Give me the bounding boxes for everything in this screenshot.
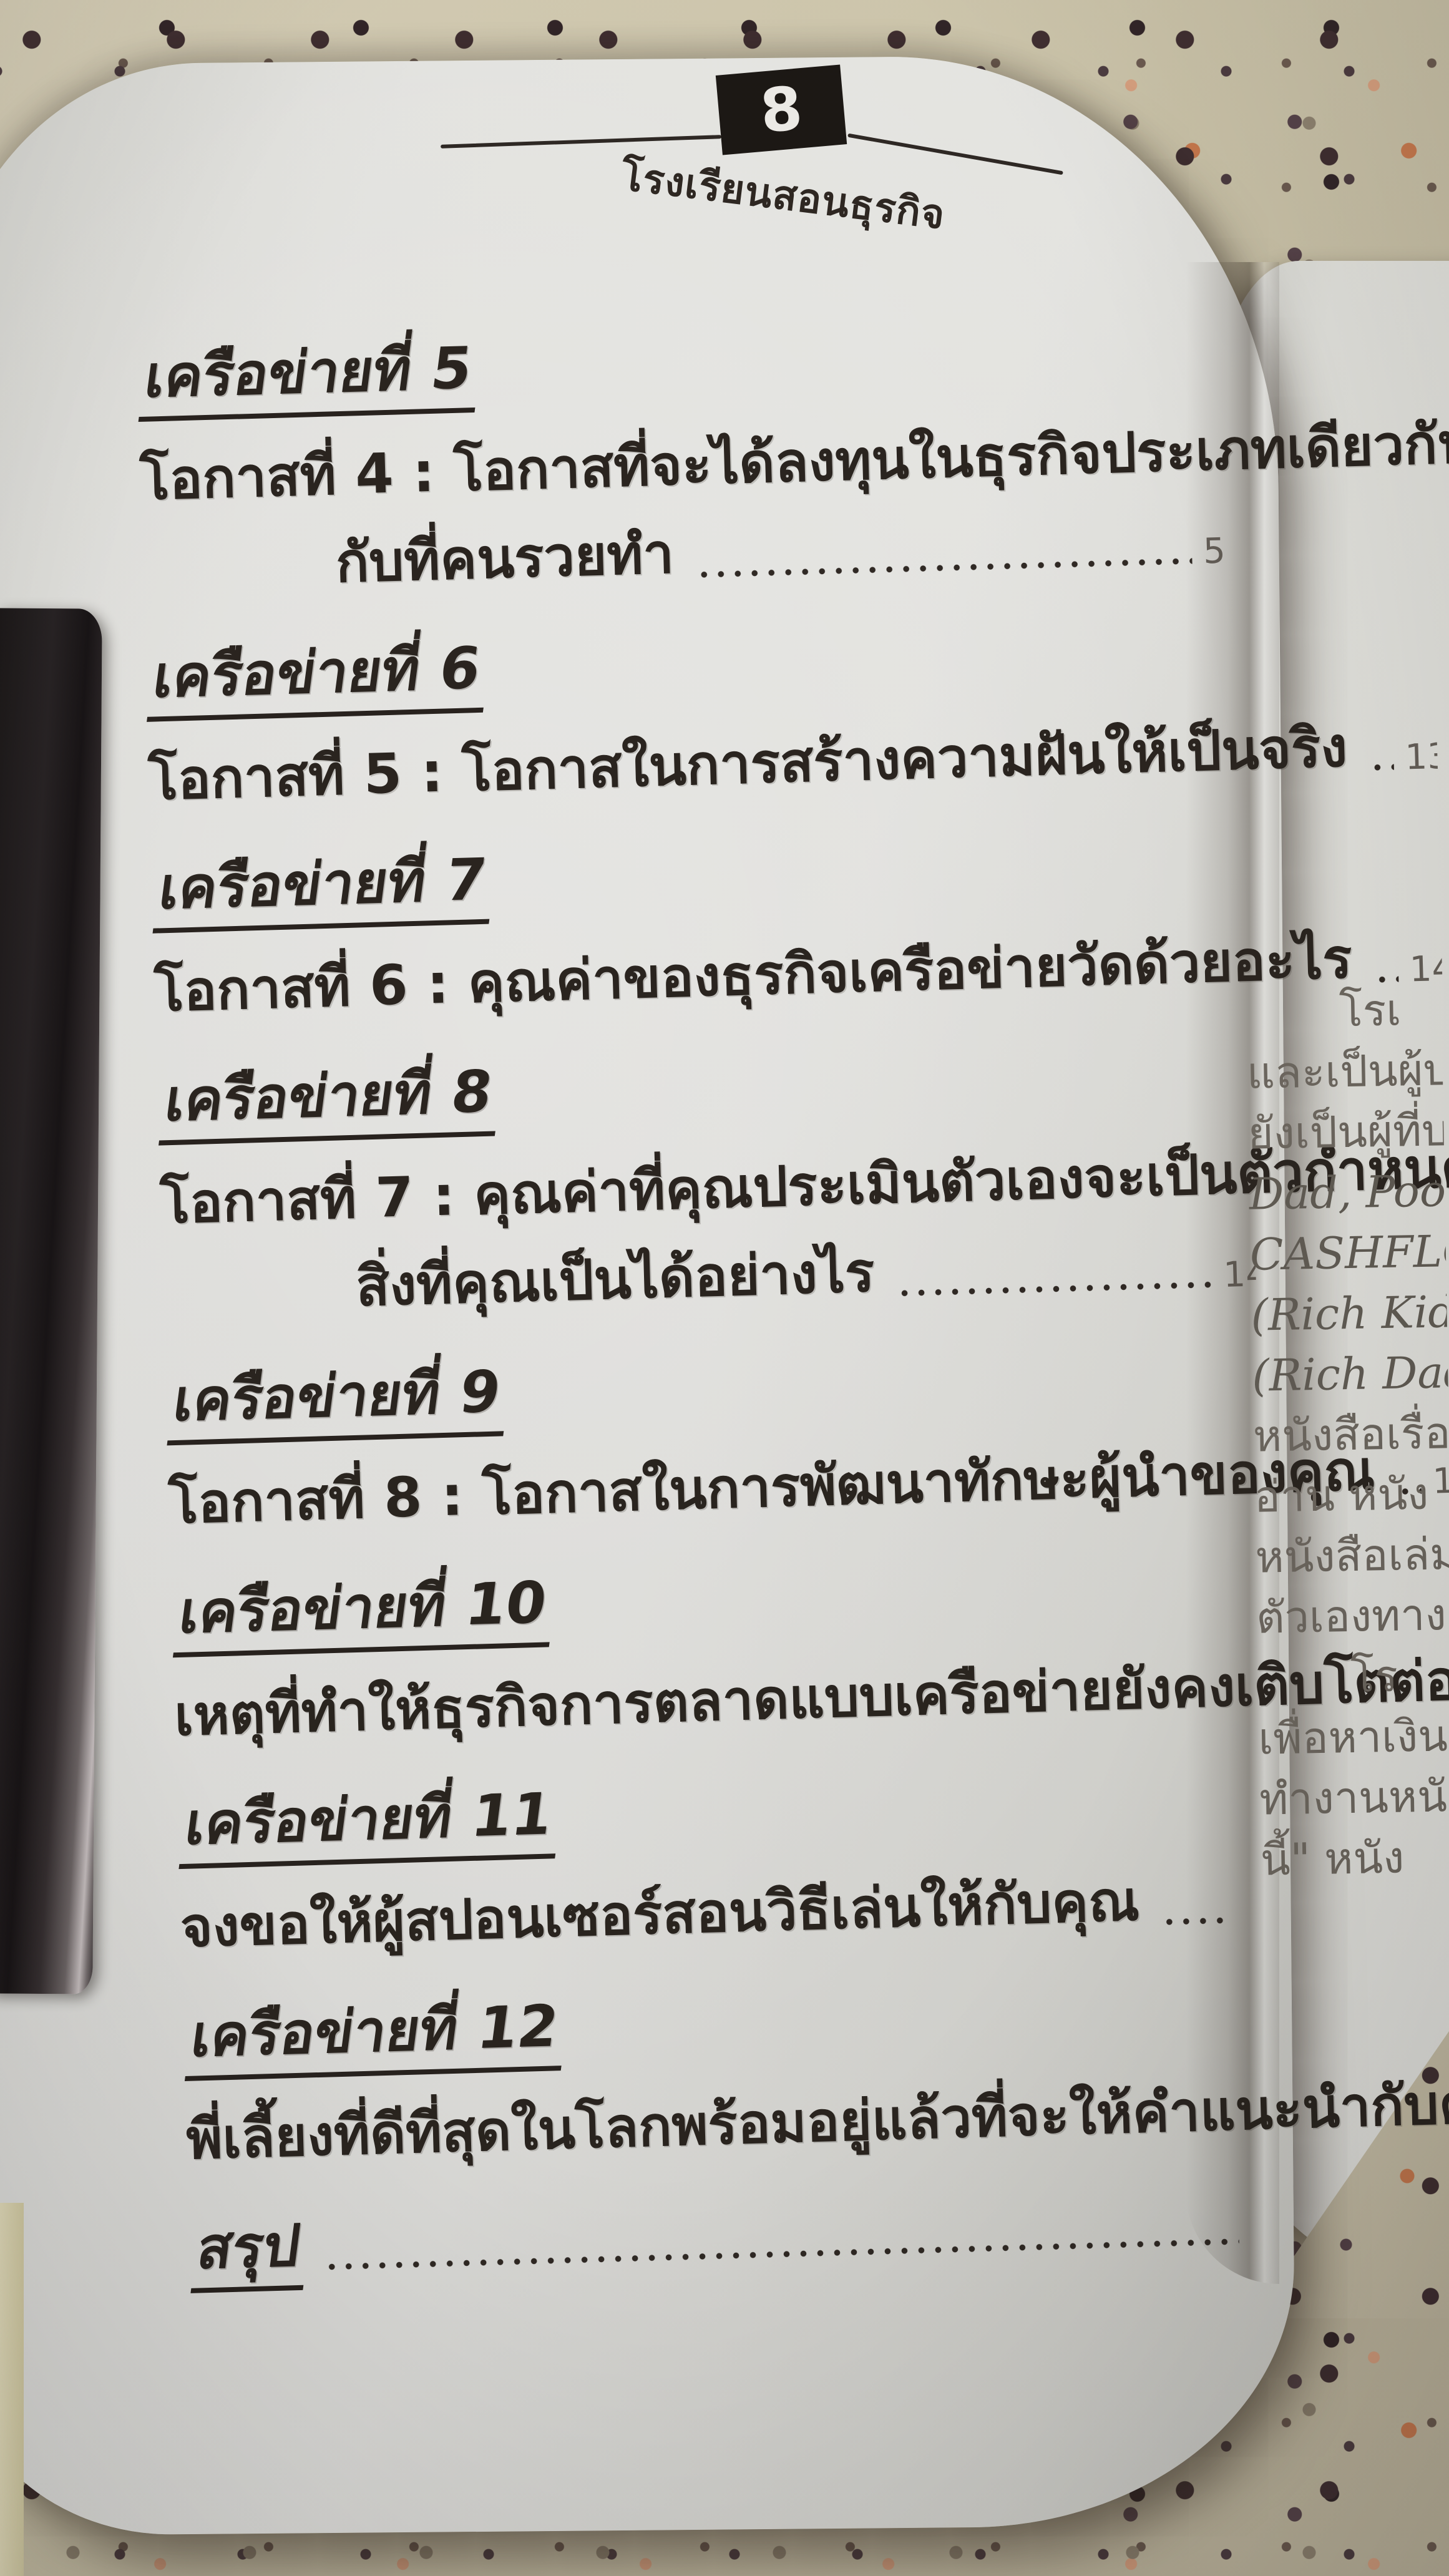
toc-entry-heading: เครือข่ายที่ 11 [178, 1778, 565, 1869]
toc-entry: เครือข่ายที่ 7 โอกาสที่ 6 : คุณค่าของธุร… [150, 822, 1249, 1037]
page-number: 8 [758, 73, 805, 146]
table-of-contents: เครือข่ายที่ 5 โอกาสที่ 4 : โอกาสที่จะได… [136, 311, 1284, 2322]
toc-entry-heading: สรุป [190, 2209, 313, 2293]
toc-entry: เครือข่ายที่ 9 โอกาสที่ 8 : โอกาสในการพั… [165, 1334, 1263, 1548]
dot-leader [323, 2237, 1239, 2272]
toc-page-number [1242, 1928, 1274, 1928]
next-page-fragment: โร [1257, 1645, 1449, 1709]
toc-entry: เครือข่ายที่ 5 โอกาสที่ 4 : โอกาสที่จะได… [136, 311, 1236, 612]
book-photo: 8 โรงเรียนสอนธุรกิจ เครือข่ายที่ 5 โอกาส… [0, 0, 1449, 2576]
toc-entry: เครือข่ายที่ 10 เหตุที่ทำให้ธุรกิจการตลา… [170, 1546, 1269, 1760]
next-page-fragment: โรเ [1245, 979, 1442, 1043]
next-page-fragment: CASHFLO [1249, 1221, 1447, 1285]
dot-leader [896, 1279, 1212, 1298]
dot-leader [695, 556, 1192, 580]
toc-entry: สรุป [188, 2182, 1284, 2293]
next-page-fragment: และเป็นผู้บ [1246, 1040, 1443, 1103]
toc-entry: เครือข่ายที่ 11 จงขอให้ผู้สปอนเซอร์สอนวิ… [177, 1759, 1275, 1973]
metal-strip [0, 608, 102, 1994]
toc-entry-heading: เครือข่ายที่ 10 [173, 1566, 559, 1657]
next-page-fragment: ทำงานหนั [1259, 1766, 1449, 1830]
toc-page-number [1251, 2249, 1283, 2250]
toc-page-number: 13 [1405, 740, 1438, 776]
page-number-badge: 8 [716, 65, 847, 155]
toc-entry: เครือข่ายที่ 6 โอกาสที่ 5 : โอกาสในการสร… [144, 611, 1242, 825]
next-page-fragment: หนังสือเรื่อ [1252, 1403, 1449, 1466]
next-page-fragment: ตัวเองทาง [1256, 1584, 1449, 1648]
dot-leader [1161, 1915, 1230, 1927]
next-page-fragment: (Rich Kid [1251, 1282, 1448, 1345]
toc-entry-heading: เครือข่ายที่ 12 [185, 1990, 571, 2081]
next-page-fragment: ยังเป็นผู้ที่บ [1247, 1100, 1445, 1164]
dot-leader [1369, 762, 1394, 773]
toc-page-number: 5 [1203, 534, 1236, 569]
toc-entry-heading: เครือข่ายที่ 6 [147, 632, 493, 722]
next-page-text: โรเและเป็นผู้บยังเป็นผู้ที่บDad, PoorCAS… [1245, 979, 1449, 1890]
next-page-fragment: (Rich Dad [1251, 1342, 1448, 1406]
toc-entry-heading: เครือข่ายที่ 9 [167, 1355, 513, 1446]
next-page-fragment: หนังสือเล่ม [1255, 1524, 1449, 1588]
next-page-fragment: นี้" หนัง [1260, 1827, 1449, 1890]
toc-entry-heading: เครือข่ายที่ 5 [139, 331, 485, 422]
toc-entry: เครือข่ายที่ 12 พี่เลี้ยงที่ดีที่สุดในโล… [182, 1970, 1281, 2184]
toc-entry-line: กับที่คนรวยทำ [141, 510, 675, 613]
next-page-fragment: Dad, Poor [1248, 1161, 1445, 1224]
next-page-fragment: เพื่อหาเงิน [1258, 1705, 1449, 1769]
next-page-fragment: อ่าน หนัง [1254, 1463, 1449, 1527]
toc-entry-heading: เครือข่ายที่ 7 [153, 844, 499, 934]
book-cover-edge [0, 2203, 24, 2576]
toc-entry: เครือข่ายที่ 8 โอกาสที่ 7 : คุณค่าที่คุณ… [156, 1035, 1256, 1336]
toc-entry-heading: เครือข่ายที่ 8 [159, 1055, 505, 1146]
